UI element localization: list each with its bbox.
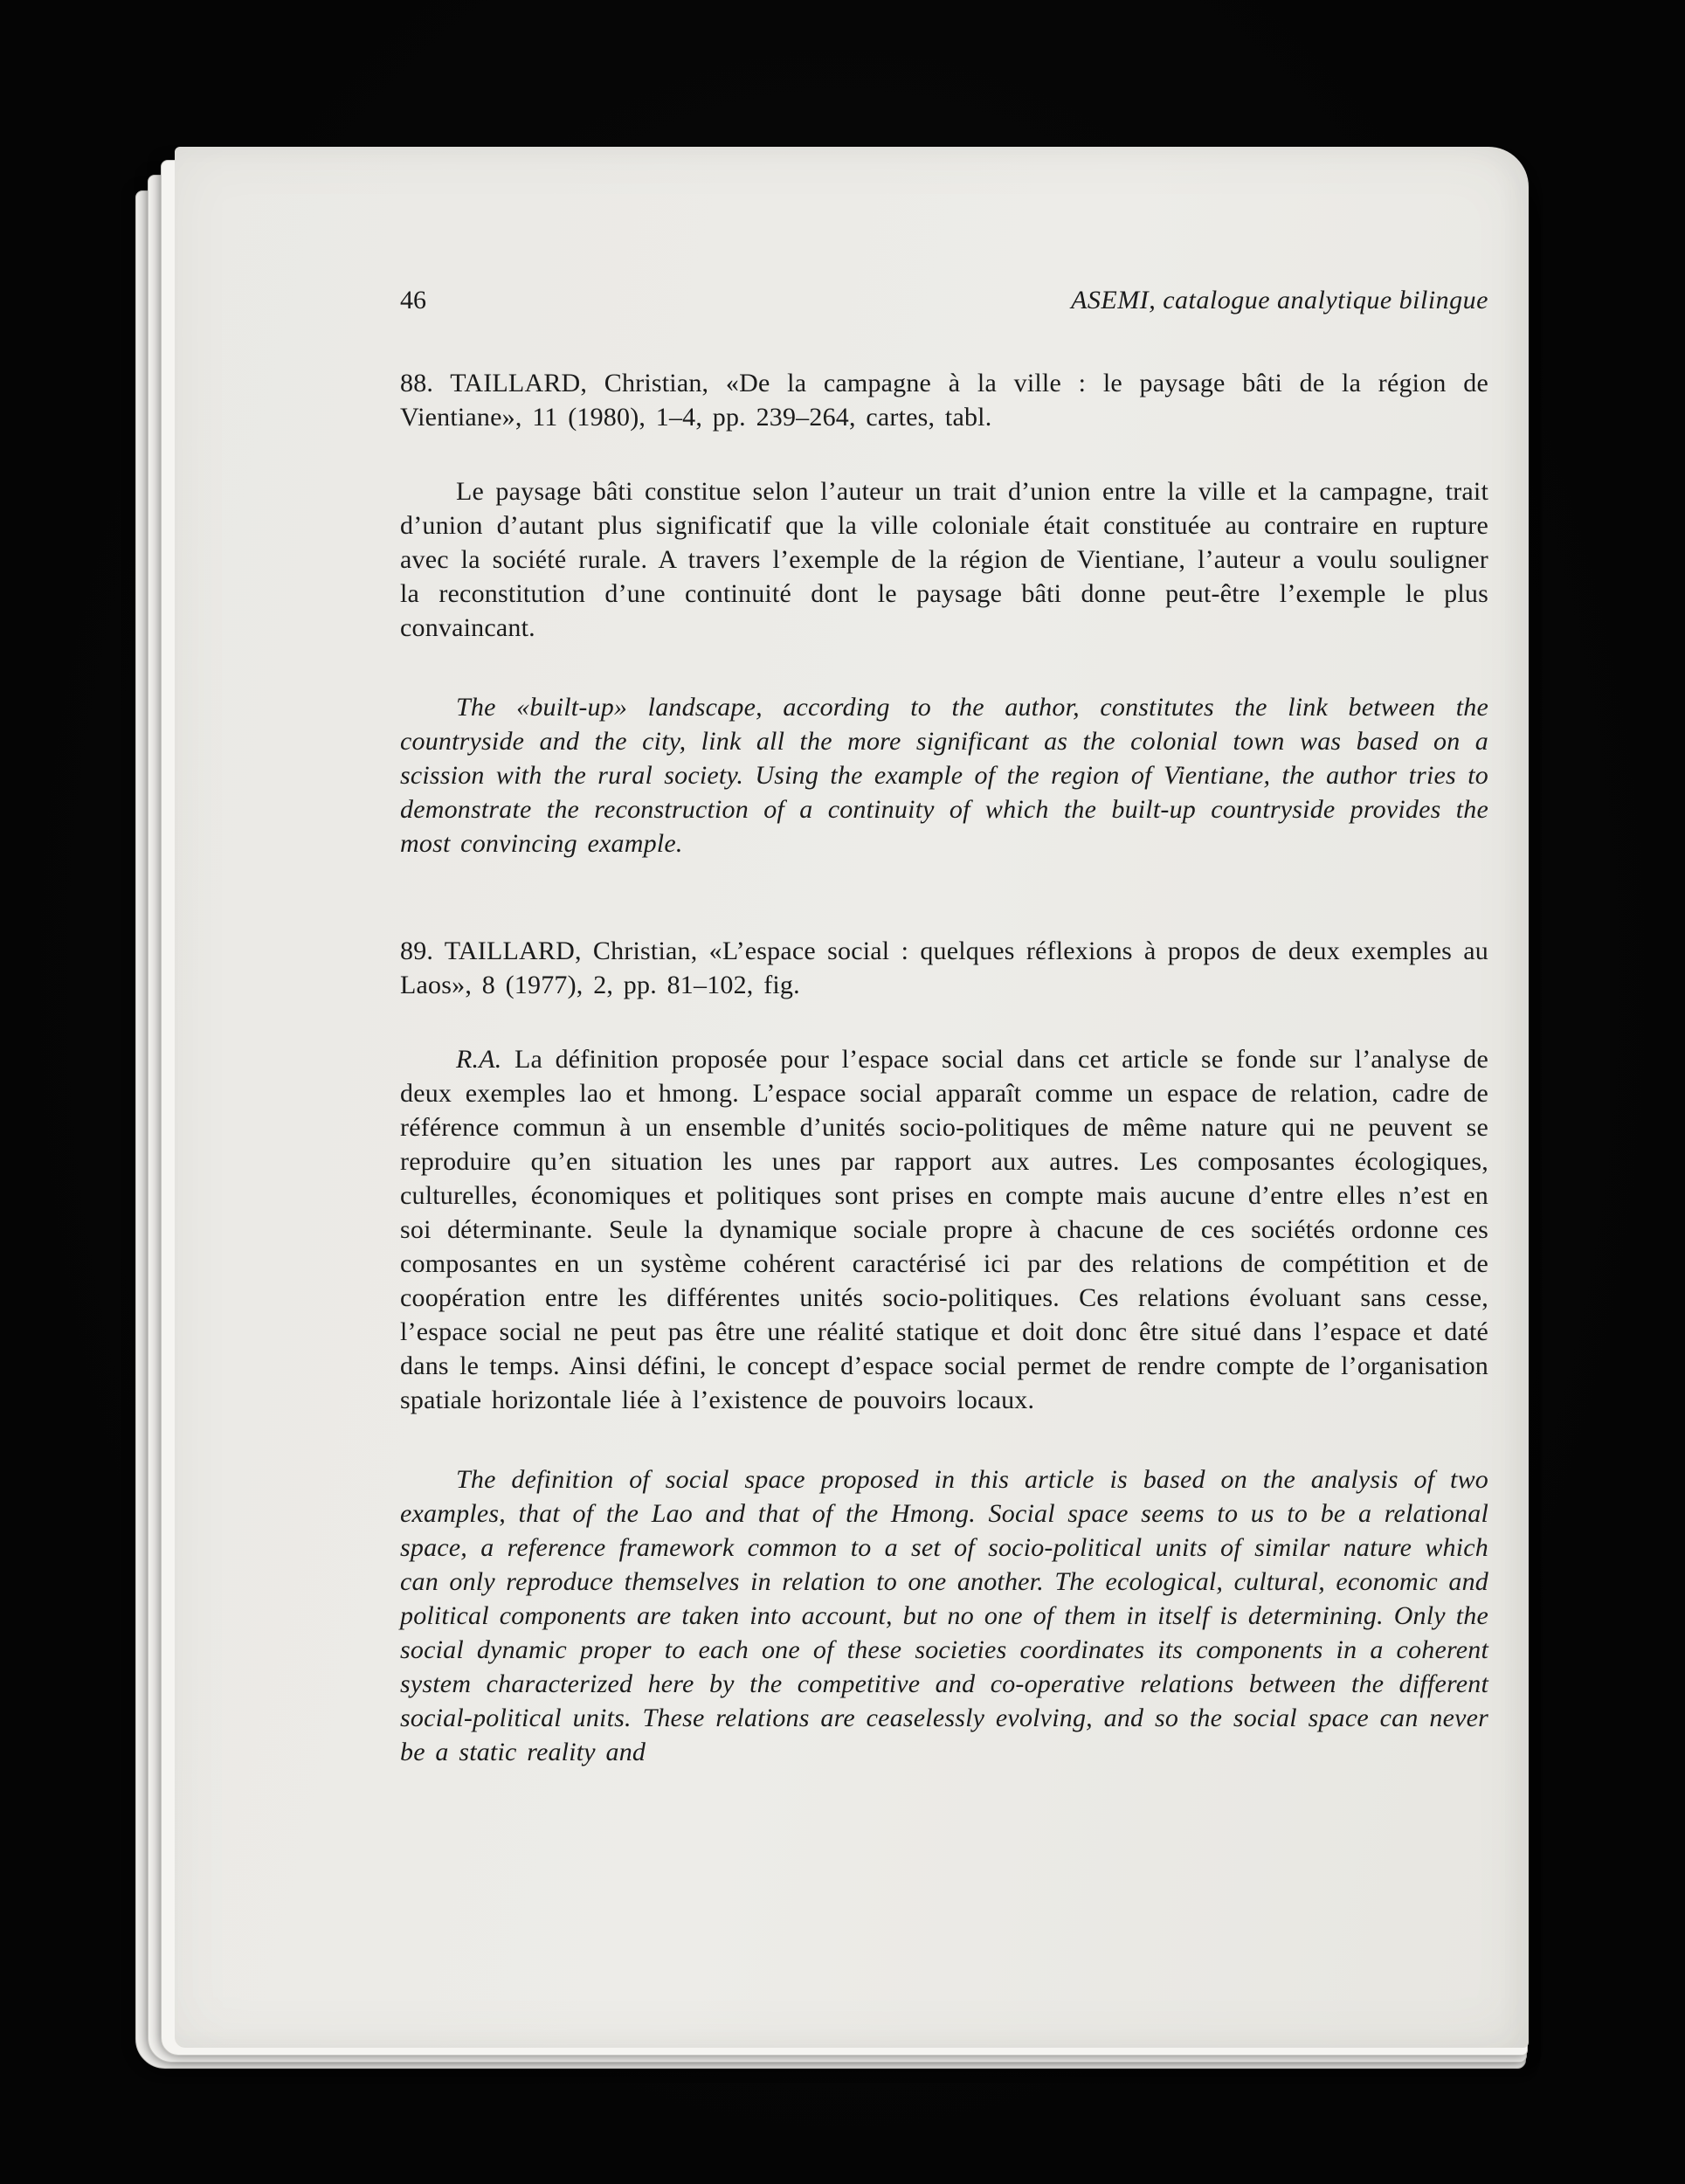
french-abstract-text: La définition proposée pour l’espace soc… — [400, 1045, 1488, 1414]
page-number: 46 — [400, 283, 426, 317]
abstract-label: R.A. — [456, 1045, 501, 1074]
english-abstract: The definition of social space proposed … — [400, 1462, 1488, 1769]
running-title: ASEMI, catalogue analytique bilingue — [1071, 283, 1488, 317]
french-abstract: Le paysage bâti constitue selon l’auteur… — [400, 474, 1488, 645]
french-abstract: R.A. La définition proposée pour l’espac… — [400, 1042, 1488, 1417]
page-content: 46 ASEMI, catalogue analytique bilingue … — [400, 283, 1488, 1814]
catalogue-entry-89: 89. TAILLARD, Christian, «L’espace socia… — [400, 934, 1488, 1769]
book-scan-scene: 46 ASEMI, catalogue analytique bilingue … — [0, 0, 1685, 2184]
catalogue-entry-88: 88. TAILLARD, Christian, «De la campagne… — [400, 366, 1488, 860]
english-abstract: The «built-up» landscape, according to t… — [400, 690, 1488, 860]
page-header: 46 ASEMI, catalogue analytique bilingue — [400, 283, 1488, 317]
entry-heading: 89. TAILLARD, Christian, «L’espace socia… — [400, 934, 1488, 1002]
entry-heading: 88. TAILLARD, Christian, «De la campagne… — [400, 366, 1488, 434]
book-page: 46 ASEMI, catalogue analytique bilingue … — [175, 147, 1529, 2048]
